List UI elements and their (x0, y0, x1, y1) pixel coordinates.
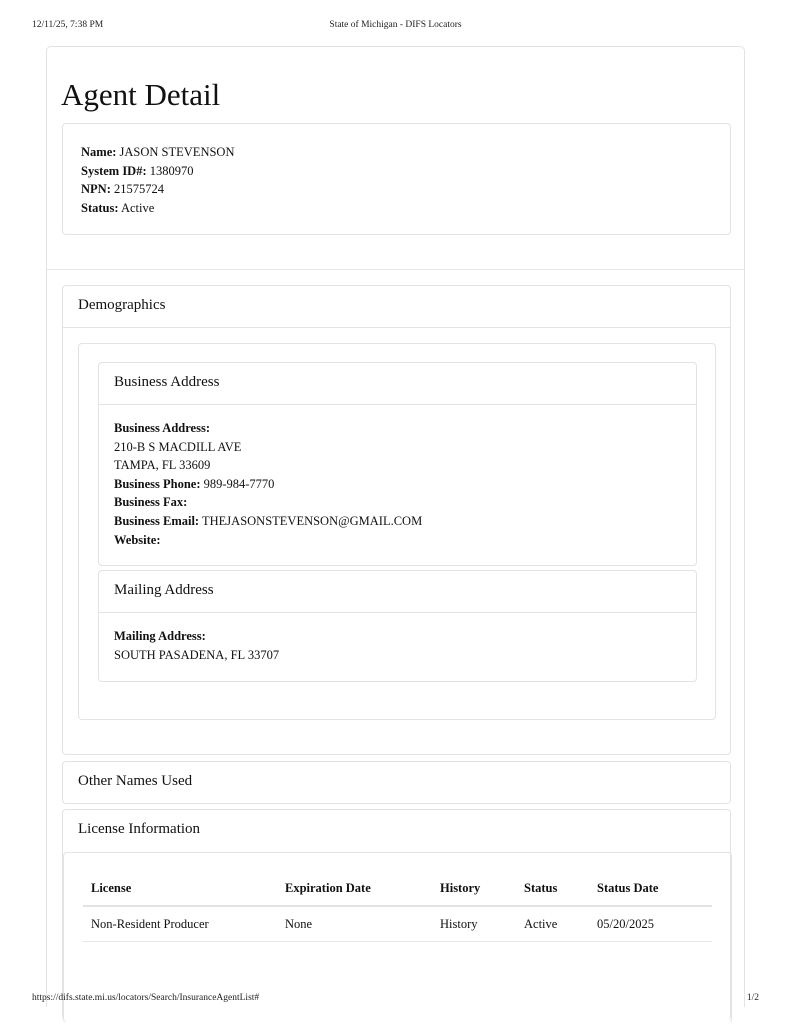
print-page-title: State of Michigan - DIFS Locators (0, 20, 791, 30)
business-address-line1: 210-B S MACDILL AVE (114, 438, 696, 457)
table-row: Non-Resident Producer None History Activ… (83, 906, 712, 942)
system-id-value: 1380970 (150, 164, 194, 178)
page-title: Agent Detail (61, 77, 220, 113)
agent-name: Name: JASON STEVENSON (81, 143, 234, 162)
agent-status: Status: Active (81, 199, 234, 218)
business-phone-value: 989-984-7770 (204, 477, 275, 491)
business-address-line2: TAMPA, FL 33609 (114, 456, 696, 475)
npn-value: 21575724 (114, 182, 164, 196)
agent-detail-container: Agent Detail Name: JASON STEVENSON Syste… (46, 46, 745, 1007)
system-id-label: System ID#: (81, 164, 147, 178)
status-date: 05/20/2025 (589, 906, 712, 942)
business-fax-label: Business Fax: (114, 495, 187, 509)
col-history: History (432, 871, 516, 906)
business-email-label: Business Email: (114, 514, 199, 528)
business-address-heading: Business Address (99, 363, 696, 405)
agent-npn: NPN: 21575724 (81, 180, 234, 199)
col-status-date: Status Date (589, 871, 712, 906)
other-names-heading[interactable]: Other Names Used (63, 762, 730, 803)
print-page-number: 1/2 (747, 993, 759, 1003)
other-names-panel[interactable]: Other Names Used (62, 761, 731, 804)
history-link[interactable]: History (440, 917, 478, 931)
mailing-address-label: Mailing Address: (114, 629, 206, 643)
demographics-panel: Demographics Business Address Business A… (62, 285, 731, 755)
agent-summary-card: Name: JASON STEVENSON System ID#: 138097… (62, 123, 731, 235)
license-information-heading: License Information (63, 810, 730, 852)
mailing-address-heading: Mailing Address (99, 571, 696, 613)
mailing-address-card: Mailing Address Mailing Address: SOUTH P… (98, 570, 697, 682)
demographics-heading: Demographics (63, 286, 730, 328)
demographics-body: Business Address Business Address: 210-B… (78, 343, 716, 720)
print-url: https://difs.state.mi.us/locators/Search… (32, 993, 259, 1003)
section-divider (47, 269, 744, 270)
npn-label: NPN: (81, 182, 111, 196)
website-label: Website: (114, 533, 161, 547)
print-header: 12/11/25, 7:38 PM State of Michigan - DI… (0, 20, 791, 34)
name-label: Name: (81, 145, 116, 159)
col-license: License (83, 871, 277, 906)
col-expiration-date: Expiration Date (277, 871, 432, 906)
expiration-date: None (277, 906, 432, 942)
license-table: License Expiration Date History Status S… (83, 871, 712, 942)
status-label: Status: (81, 201, 119, 215)
license-table-header: License Expiration Date History Status S… (83, 871, 712, 906)
print-footer: https://difs.state.mi.us/locators/Search… (0, 993, 791, 1007)
business-email-value: THEJASONSTEVENSON@GMAIL.COM (202, 514, 422, 528)
license-status: Active (516, 906, 589, 942)
col-status: Status (516, 871, 589, 906)
license-type: Non-Resident Producer (83, 906, 277, 942)
agent-system-id: System ID#: 1380970 (81, 162, 234, 181)
business-address-card: Business Address Business Address: 210-B… (98, 362, 697, 566)
license-information-panel: License Information License Expiration D… (62, 809, 731, 1020)
mailing-address-line1: SOUTH PASADENA, FL 33707 (114, 646, 696, 665)
business-phone-label: Business Phone: (114, 477, 200, 491)
business-address-label: Business Address: (114, 421, 210, 435)
status-value: Active (121, 201, 154, 215)
name-value: JASON STEVENSON (120, 145, 235, 159)
